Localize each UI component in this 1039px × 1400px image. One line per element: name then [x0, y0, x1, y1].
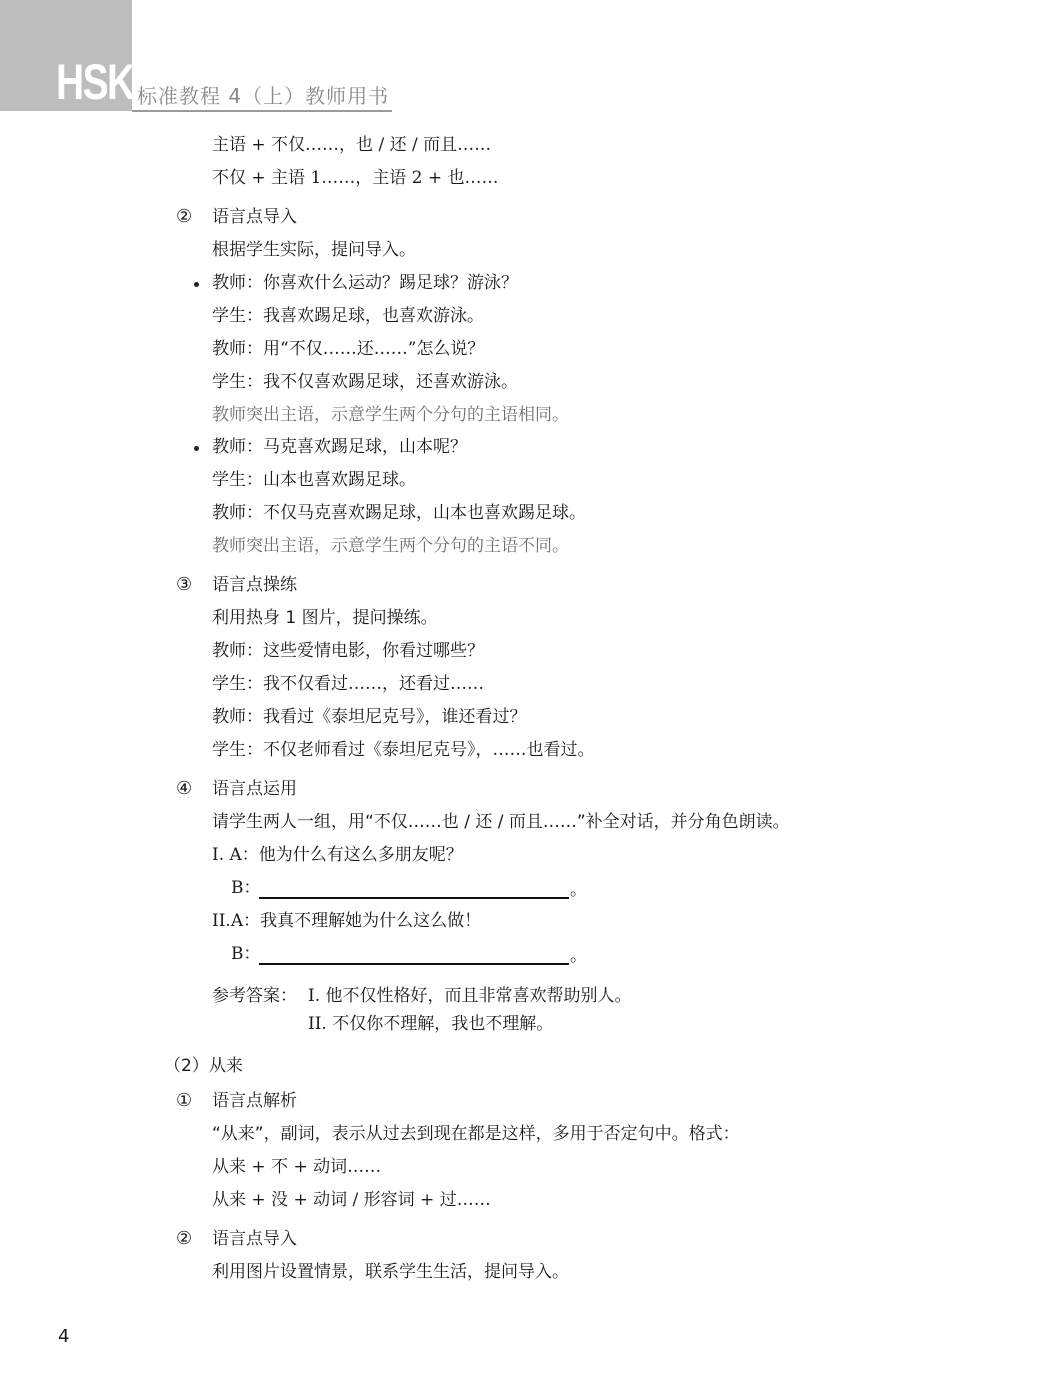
dialog-line: 教师：这些爱情电影，你看过哪些？ [212, 639, 484, 663]
reference-answer: II. 不仅你不理解，我也不理解。 [308, 1012, 553, 1036]
exercise-answer-label: B： [231, 876, 261, 900]
exercise-answer-label: B： [231, 942, 261, 966]
dialog-line: 学生：不仅老师看过《泰坦尼克号》，……也看过。 [212, 738, 595, 762]
step-title: 语言点运用 [212, 777, 297, 801]
period: 。 [570, 944, 587, 968]
page-number: 4 [58, 1326, 69, 1347]
hsk-logo: HSK [56, 54, 134, 110]
bullet-icon [194, 282, 199, 287]
step-desc: “从来”，副词，表示从过去到现在都是这样，多用于否定句中。格式： [212, 1122, 740, 1146]
book-title: 标准教程 4（上）教师用书 [137, 80, 389, 109]
dialog-line: 教师：用“不仅……还……”怎么说？ [212, 337, 484, 361]
step-title: 语言点导入 [212, 1227, 297, 1251]
teacher-note: 教师突出主语，示意学生两个分句的主语相同。 [212, 403, 569, 427]
dialog-line: 教师：不仅马克喜欢踢足球，山本也喜欢踢足球。 [212, 501, 586, 525]
step-number: ① [176, 1089, 192, 1113]
step-number: ③ [176, 573, 192, 597]
format-line: 从来 + 没 + 动词 / 形容词 + 过…… [212, 1188, 491, 1212]
answer-blank[interactable] [259, 897, 569, 899]
step-intro: 根据学生实际，提问导入。 [212, 238, 416, 262]
step-number: ② [176, 1227, 192, 1251]
format-line: 不仅 + 主语 1……，主语 2 + 也…… [212, 166, 499, 190]
step-number: ② [176, 205, 192, 229]
step-intro: 利用热身 1 图片，提问操练。 [212, 606, 438, 630]
teacher-note: 教师突出主语，示意学生两个分句的主语不同。 [212, 534, 569, 558]
answer-label: 参考答案： [212, 984, 297, 1008]
dialog-line: 教师：你喜欢什么运动？踢足球？游泳？ [212, 271, 518, 295]
dialog-line: 教师：我看过《泰坦尼克号》，谁还看过？ [212, 705, 527, 729]
format-line: 从来 + 不 + 动词…… [212, 1155, 381, 1179]
step-title: 语言点解析 [212, 1089, 297, 1113]
step-title: 语言点导入 [212, 205, 297, 229]
exercise-question: I. A：他为什么有这么多朋友呢？ [212, 843, 463, 867]
dialog-line: 教师：马克喜欢踢足球，山本呢？ [212, 435, 467, 459]
section-title: （2）从来 [164, 1054, 243, 1078]
step-intro: 请学生两人一组，用“不仅……也 / 还 / 而且……”补全对话，并分角色朗读。 [212, 810, 790, 834]
step-number: ④ [176, 777, 192, 801]
dialog-line: 学生：我不仅看过……，还看过…… [212, 672, 484, 696]
exercise-question: II.A：我真不理解她为什么这么做！ [212, 909, 481, 933]
header-underline [132, 110, 392, 112]
answer-blank[interactable] [259, 963, 569, 965]
format-line: 主语 + 不仅……，也 / 还 / 而且…… [212, 133, 491, 157]
step-intro: 利用图片设置情景，联系学生生活，提问导入。 [212, 1260, 569, 1284]
step-title: 语言点操练 [212, 573, 297, 597]
dialog-line: 学生：我喜欢踢足球，也喜欢游泳。 [212, 304, 484, 328]
bullet-icon [194, 446, 199, 451]
period: 。 [570, 878, 587, 902]
reference-answer: I. 他不仅性格好，而且非常喜欢帮助别人。 [308, 984, 632, 1008]
dialog-line: 学生：我不仅喜欢踢足球，还喜欢游泳。 [212, 370, 518, 394]
dialog-line: 学生：山本也喜欢踢足球。 [212, 468, 416, 492]
